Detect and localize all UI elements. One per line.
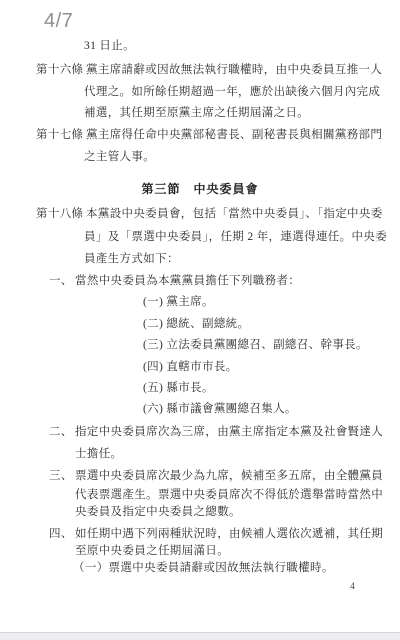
document-body: 第三節 中央委員會 4 31 日止。第十六條黨主席請辭或因故無法執行職權時，由中… [0, 0, 400, 632]
document-viewer-page[interactable]: 4/7 第三節 中央委員會 4 31 日止。第十六條黨主席請辭或因故無法執行職權… [0, 0, 400, 640]
document-line: (一) 黨主席。 [0, 291, 400, 313]
document-line: 一、當然中央委員為本黨黨員擔任下列職務者： [0, 270, 400, 292]
document-line: 31 日止。 [0, 35, 400, 57]
document-text-segment: 黨主席請辭或因故無法執行職權時，由中央委員互推一人 [86, 59, 382, 81]
document-text-segment: 代理之。如所餘任期超過一年，應於出缺後六個月內完成 [84, 81, 380, 103]
section-heading: 第三節 中央委員會 [0, 178, 400, 200]
document-line: (四) 直轄市市長。 [0, 356, 400, 378]
document-line: 員產生方式如下： [0, 248, 400, 270]
document-text-segment: 本黨設中央委員會，包括「當然中央委員」、「指定中央委 [86, 203, 383, 225]
document-text-segment: (二) 總統、副總統。 [143, 313, 249, 335]
document-text-segment: （一）票選中央委員請辭或因故無法執行職權時。 [73, 557, 334, 579]
document-line: (六) 縣市議會黨團總召集人。 [0, 398, 400, 420]
document-line: 補選，其任期至原黨主席之任期屆滿之日。 [0, 102, 400, 124]
document-text-segment: 31 日止。 [84, 35, 135, 57]
document-line: (二) 總統、副總統。 [0, 313, 400, 335]
document-line: 第十七條黨主席得任命中央黨部秘書長、副秘書長與相關黨務部門 [0, 124, 400, 146]
document-text-segment: (一) 黨主席。 [143, 291, 214, 313]
document-line: 二、指定中央委員席次為三席，由黨主席指定本黨及社會賢達人 [0, 421, 400, 443]
document-text-segment: 補選，其任期至原黨主席之任期屆滿之日。 [84, 102, 309, 124]
viewer-bottom-edge [0, 632, 400, 640]
document-text-segment: 一、 [49, 270, 73, 292]
document-text-segment: 之主管人事。 [84, 146, 155, 168]
document-text-segment: 央委員及指定中央委員之總數。 [75, 501, 241, 523]
document-line: 員」及「票選中央委員」，任期 2 年，連選得連任。中央委 [0, 226, 400, 248]
document-text-segment: 當然中央委員為本黨黨員擔任下列職務者： [75, 270, 300, 292]
document-text-segment: 員產生方式如下： [84, 248, 179, 270]
document-text-segment: 員」及「票選中央委員」，任期 2 年，連選得連任。中央委 [84, 226, 387, 248]
document-line: （一）票選中央委員請辭或因故無法執行職權時。 [0, 557, 400, 579]
document-line: 士擔任。 [0, 443, 400, 465]
document-line: 第十六條黨主席請辭或因故無法執行職權時，由中央委員互推一人 [0, 59, 400, 81]
document-line: 第十八條本黨設中央委員會，包括「當然中央委員」、「指定中央委 [0, 203, 400, 225]
document-text-segment: 二、 [49, 421, 73, 443]
document-text-segment: 指定中央委員席次為三席，由黨主席指定本黨及社會賢達人 [75, 421, 383, 443]
document-line: (五) 縣市長。 [0, 377, 400, 399]
document-text-segment: (六) 縣市議會黨團總召集人。 [143, 398, 297, 420]
document-line: (三) 立法委員黨團總召、副總召、幹事長。 [0, 334, 400, 356]
document-line: 央委員及指定中央委員之總數。 [0, 501, 400, 523]
document-text-segment: (四) 直轄市市長。 [143, 356, 238, 378]
document-text-segment: (五) 縣市長。 [143, 377, 214, 399]
document-text-segment: 黨主席得任命中央黨部秘書長、副秘書長與相關黨務部門 [86, 124, 382, 146]
document-line: 代理之。如所餘任期超過一年，應於出缺後六個月內完成 [0, 81, 400, 103]
document-text-segment: 第十八條 [36, 203, 83, 225]
document-line: 之主管人事。 [0, 146, 400, 168]
document-text-segment: 第十六條 [36, 59, 83, 81]
document-text-segment: 士擔任。 [75, 443, 122, 465]
document-text-segment: (三) 立法委員黨團總召、副總召、幹事長。 [143, 334, 368, 356]
document-text-segment: 第十七條 [36, 124, 83, 146]
page-number: 4 [350, 582, 355, 592]
